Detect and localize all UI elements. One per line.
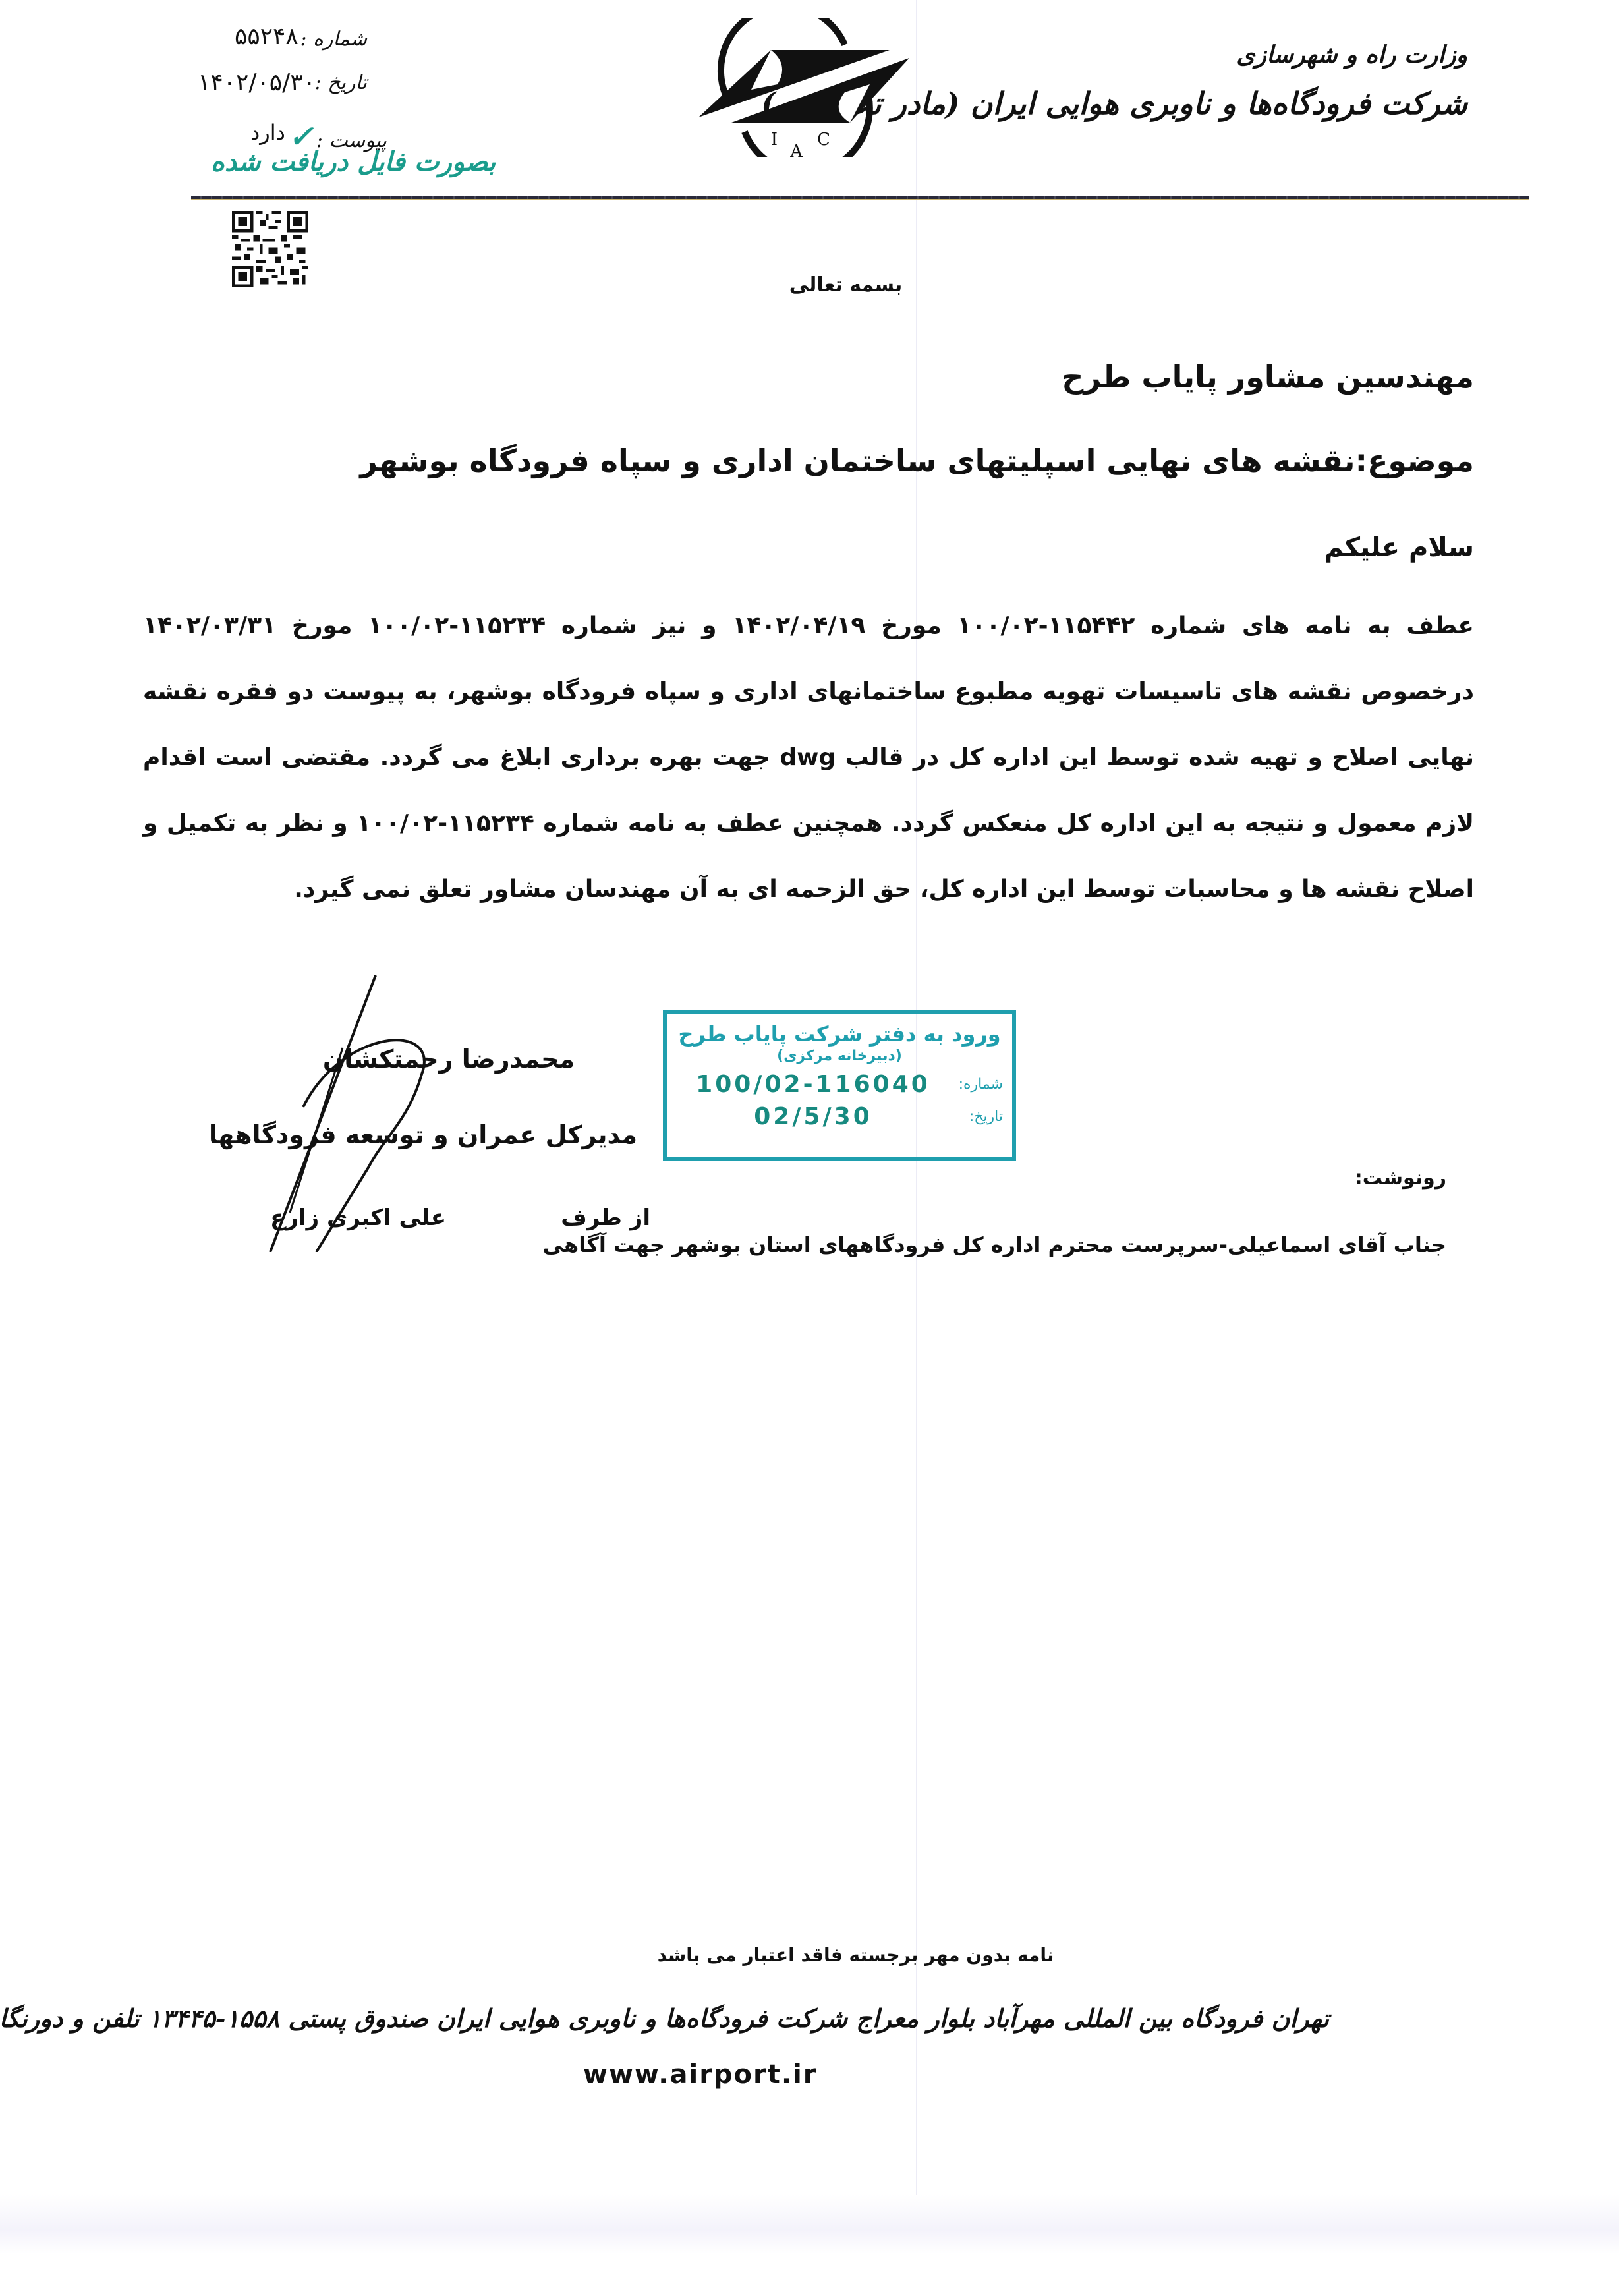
stamp-date-row: تاریخ: 02/5/30	[676, 1103, 1003, 1130]
stamp-subtitle: (دبیرخانه مرکزی)	[676, 1047, 1003, 1066]
logo-letter-c: C	[817, 130, 830, 150]
stamp-date-value: 02/5/30	[676, 1103, 950, 1130]
header-divider	[191, 196, 1529, 200]
footer-website: www.airport.ir	[583, 2059, 818, 2090]
receipt-stamp: ورود به دفتر شرکت پایاب طرح (دبیرخانه مر…	[663, 1010, 1016, 1161]
stamp-number-value: 100/02-116040	[676, 1071, 950, 1098]
meta-date-row: تاریخ :	[315, 71, 367, 94]
date-label: تاریخ :	[315, 71, 367, 94]
attachment-value: دارد	[250, 120, 285, 145]
footer-validity-note: نامه بدون مهر برجسته فاقد اعتبار می باشد	[0, 1944, 1619, 1966]
on-behalf-label: از طرف	[561, 1205, 650, 1231]
stamp-date-label: تاریخ:	[950, 1108, 1003, 1125]
logo-letter-i: I	[771, 130, 778, 150]
stamp-title: ورود به دفتر شرکت پایاب طرح	[676, 1021, 1003, 1047]
iac-logo-icon: I A C	[672, 18, 909, 157]
letter-body: عطف به نامه های شماره ۱۱۵۴۴۲-۱۰۰/۰۲ مورخ…	[143, 593, 1474, 923]
cc-recipient: جناب آقای اسماعیلی-سرپرست محترم اداره کل…	[543, 1232, 1446, 1257]
date-value: ۱۴۰۲/۰۵/۳۰	[198, 69, 316, 96]
handwritten-received-note: بصورت فایل دریافت شده	[211, 146, 496, 177]
signatory-title: مدیرکل عمران و توسعه فرودگاهها	[209, 1120, 637, 1149]
scan-bottom-shade	[0, 2195, 1619, 2254]
stamp-number-label: شماره:	[950, 1076, 1003, 1093]
logo-letter-a: A	[789, 142, 803, 157]
greeting: سلام علیکم	[1324, 532, 1474, 563]
footer-address: تهران فرودگاه بین المللی مهرآباد بلوار م…	[0, 2003, 1329, 2033]
meta-number-row: شماره :	[300, 28, 367, 51]
subject-line: موضوع:نقشه های نهایی اسپلیتهای ساختمان ا…	[360, 443, 1474, 478]
addressee: مهندسین مشاور پایاب طرح	[1062, 359, 1474, 395]
cc-label: رونوشت:	[1355, 1166, 1446, 1190]
number-label: شماره :	[300, 28, 367, 51]
number-value: ۵۵۲۴۸	[235, 23, 298, 50]
stamp-number-row: شماره: 100/02-116040	[676, 1071, 1003, 1098]
signatory-name: محمدرضا رحمتکشان	[323, 1045, 575, 1074]
ministry-name: وزارت راه و شهرسازی	[1236, 41, 1467, 69]
bismillah-heading: بسمه تعالی	[0, 273, 1619, 297]
on-behalf-name: علی اکبری زارع	[270, 1205, 446, 1231]
